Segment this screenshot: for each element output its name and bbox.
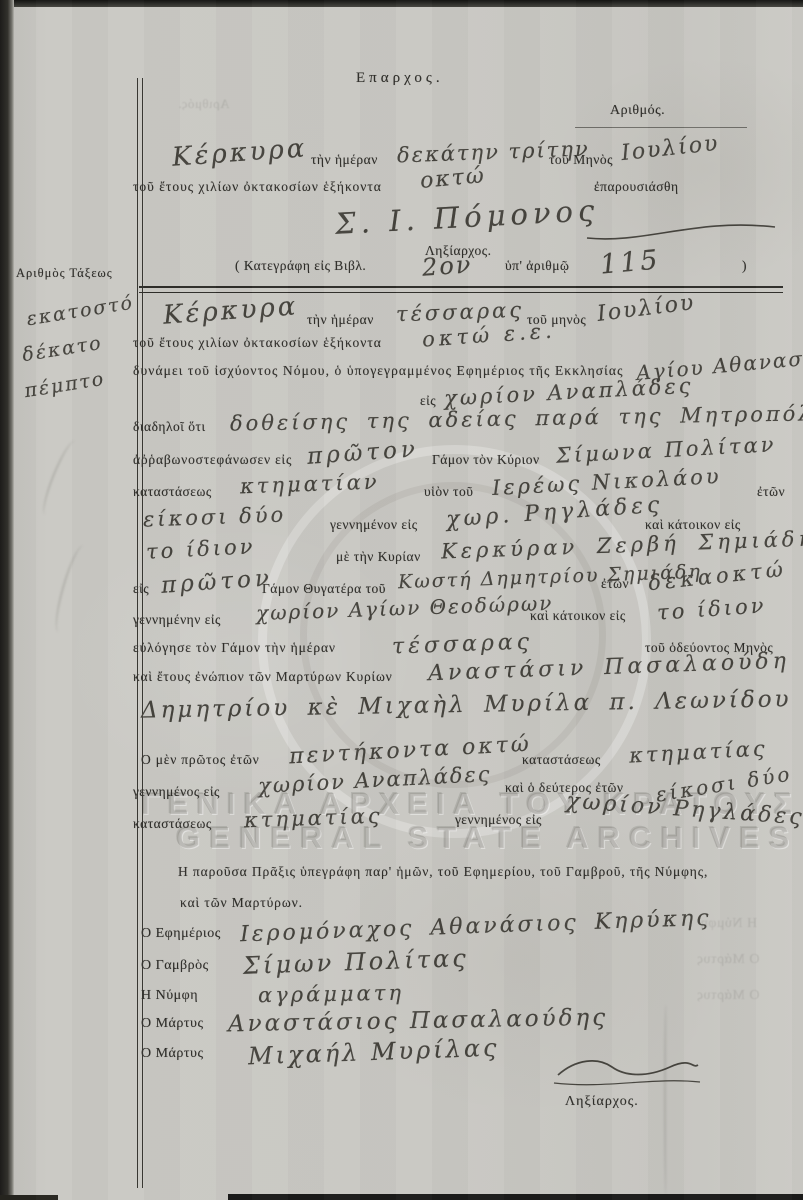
act-betrothal-label: ἀῤῥαβωνοστεφάνωσεν εἰς [133,452,292,468]
bleedthrough-number-label: Αριθμός. [178,96,229,112]
witness1-status-label: καταστάσεως [522,752,601,768]
act-witnesses-names-2: Δημητρίου κὲ Μιχαὴλ Μυρίλα π. Λεωνίδου [141,686,792,723]
registration-month-label: τοῦ Μηνὸς [549,152,613,168]
act-blessed-label: εὐλόγησε τὸν Γάμον τὴν ἡμέραν [133,640,336,656]
scanned-marriage-record-page: ΓΕΝΙΚΑ ΑΡΧΕΙΑ ΤΟΥ ΚΡΑΤΟΥΣ GENERAL STATE … [0,0,803,1200]
witness1-intro-label: Ο μὲν πρῶτος ἐτῶν [141,752,260,768]
act-groom-marriage-ordinal: πρῶτον [306,436,419,470]
act-groom-status: κτηματίαν [240,470,380,499]
witness1-role-label: Ο Μάρτυς [141,1016,203,1032]
bride-role-label: Η Νύμφη [141,988,198,1004]
registrar-signature: Σ. Ι. Πόμονος [334,193,600,241]
bleedthrough-ink-mark-1 [38,438,83,518]
act-age-label: ἐτῶν [757,484,785,500]
act-groom-father: Ιερέως Νικολάου [492,464,723,500]
registrar-signature-flourish [585,214,780,244]
page-title: Επαρχος. [356,70,444,87]
registry-number-value: 115 [599,244,662,280]
bleedthrough-witness1-label: Ο Μάρτυς [697,952,759,968]
witness1-signature: Αναστάσιος Πασαλαούδης [228,1005,609,1038]
witness1-status: κτηματίας [628,736,768,767]
registration-place: Κέρκυρα [171,133,308,172]
act-year-label: τοῦ ἔτους χιλίων ὀκτακοσίων ἑξήκοντα [133,335,382,351]
scan-edge-bottom-left [0,1195,58,1200]
fold-crease-right [664,1005,668,1195]
scan-edge-top [0,0,803,7]
act-bride-name: Κερκύραν Ζερβή Σημιάδη [441,526,803,563]
act-groom-residence: το ίδιον [145,534,256,564]
registration-year-label: τοῦ ἔτους χιλίων ὀκτακοσίων ἑξήκοντα [133,179,382,195]
witness2-status-label: καταστάσεως [133,816,212,832]
order-number-words-3: πέμπτο [23,368,107,402]
act-groom-age: είκοσι δύο [143,503,287,532]
act-law-line: δυνάμει τοῦ ἰσχύοντος Νόμου, ὁ ὑπογεγραμ… [133,363,624,379]
closing-line2: καὶ τῶν Μαρτύρων. [180,895,303,911]
number-label: Αριθμός. [610,103,665,119]
registration-year-value: οκτώ [419,163,487,194]
witness1-born-label: γεννημένος εἰς [133,784,220,800]
scan-edge-bottom [228,1194,803,1200]
act-at2-label: εἰς [133,581,149,597]
priest-role-label: Ο Εφημέριος [141,926,221,942]
registration-month: Ιουλίου [620,131,721,166]
act-bride-marriage-ordinal: πρῶτον [160,565,273,599]
closing-line1: Η παροῦσα Πρᾶξις ὑπεγράφη παρ' ἡμῶν, τοῦ… [178,864,708,880]
close-paren: ) [742,258,747,274]
act-month: Ιουλίου [596,290,697,327]
book-registered-label: ( Κατεγράφη εἰς Βιβλ. [235,258,366,274]
witness2-signature: Μιχαήλ Μυρίλας [248,1034,500,1071]
act-witnesses-label: καὶ ἔτους ἐνώπιον τῶν Μαρτύρων Κυρίων [133,669,393,685]
registration-day-label: τὴν ἡμέραν [311,152,378,168]
bleedthrough-witness2-label: Ο Μάρτυς [697,988,759,1004]
act-day-label: τὴν ἡμέραν [307,312,374,328]
act-groom-label: Γάμον τὸν Κύριον [432,452,540,468]
witness2-status: κτηματίας [244,804,383,833]
act-groom-birthplace: χωρ. Ρηγλάδες [445,492,664,532]
witness1-age: πεντήκοντα οκτώ [289,732,533,770]
act-son-label: υἱὸν τοῦ [424,484,473,500]
groom-role-label: Ο Γαμβρὸς [141,958,209,974]
book-number-value: 2ον [421,250,473,281]
act-groom-name: Σίμωνα Πολίταν [556,432,778,468]
witness2-role-label: Ο Μάρτυς [141,1046,203,1062]
act-place: Κέρκυρα [162,291,299,330]
number-underline [575,127,747,128]
order-number-label: Αριθμὸς Τάξεως [16,266,113,281]
act-bride-residence: το ίδιον [656,593,767,625]
groom-signature: Σίμων Πολίτας [243,944,470,980]
act-born-m-label: γεννημένον εἰς [330,517,418,533]
act-bride-intro-label: μὲ τὴν Κυρίαν [336,549,421,565]
act-wedding-day: τέσσαρας [392,630,534,660]
act-declares-label: διαδηλοῖ ὅτι [133,419,206,435]
witness2-born-label: γεννημένος εἰς [455,812,542,828]
act-age2-label: ἐτῶν [601,576,629,592]
order-number-words-1: εκατοστό [25,292,135,331]
order-number-words-2: δέκατο [21,332,104,366]
act-born-f-label: γεννημένην εἰς [133,612,221,628]
act-daughter-label: Γάμον Θυγατέρα τοῦ [262,581,386,597]
act-resident-f-label: καὶ κάτοικον εἰς [530,608,626,624]
act-at-label: εἰς [420,393,436,409]
under-number-label: ὑπ' ἀριθμῷ [505,258,569,274]
bleedthrough-ink-mark-2 [50,543,92,634]
priest-signature: Ιερομόναχος Αθανάσιος Κηρύκης [240,906,712,947]
registrar-bottom-signature-flourish [552,1055,702,1091]
registrar-bottom-title-label: Ληξίαρχος. [565,1094,639,1110]
act-status-label: καταστάσεως [133,484,212,500]
act-permission: δοθείσης της αδείας παρά της Μητροπόλεως [230,400,803,435]
scan-edge-left [0,0,14,1200]
registration-presented-label: ἐπαρουσιάσθη [594,179,679,195]
bride-signature-note: αγράμματη [258,981,404,1008]
